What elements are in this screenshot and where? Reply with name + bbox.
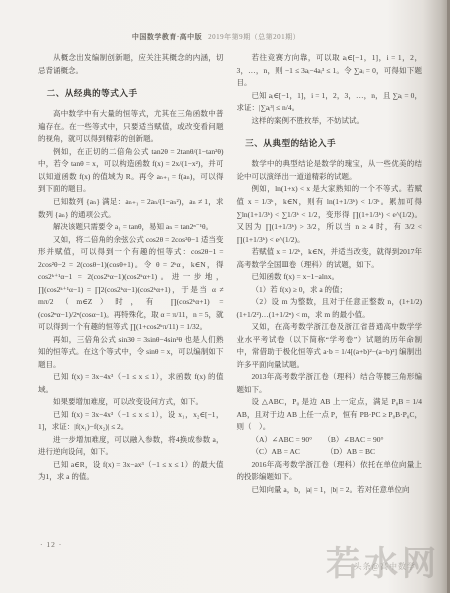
scanned-journal-page: 中国数学教育·高中版2019年第9期（总第201期） 从概念出发编制创新题，应关… <box>0 0 450 593</box>
paragraph: 已知数列 {aₙ} 满足：aₙ₊₁ = 2aₙ/(1−aₙ²)，aₙ ≠ 1，求… <box>38 196 224 221</box>
paragraph: （A）∠ABC = 90° （B）∠BAC = 90° <box>237 434 423 447</box>
page-header: 中国数学教育·高中版2019年第9期（总第201期） <box>0 32 432 42</box>
section-heading: 二、从经典的等式入手 <box>38 86 224 100</box>
paragraph: 例如，ln(1+x) < x 是大家熟知的一个不等式。若赋值 x = 1/3ᵏ，… <box>237 183 423 246</box>
watermark: 若水网 头条@高中数学 <box>262 541 442 587</box>
section-heading: 三、从典型的结论入手 <box>237 136 423 150</box>
paragraph: 这样的案例不胜枚举，不妨试试。 <box>237 115 423 128</box>
journal-title: 中国数学教育·高中版 <box>132 33 202 41</box>
paragraph: （C）AB = AC （D）AB = BC <box>237 446 423 459</box>
paragraph: 又如，将二倍角的余弦公式 cos2θ = 2cos²θ−1 适当变形并赋值，可以… <box>38 234 224 334</box>
paragraph: 已知 a∈R，设 f(x) = 3x−ax³（−1 ≤ x ≤ 1）的最大值为1… <box>38 459 224 484</box>
paragraph: 已知函数 f(x) = x−1−alnx。 <box>237 271 423 284</box>
paragraph: 再如，三倍角公式 sin3θ = 3sinθ−4sin³θ 也是人们熟知的恒等式… <box>38 334 224 372</box>
paragraph: 例如，在正切的二倍角公式 tan2θ = 2tanθ/(1−tan²θ) 中，若… <box>38 146 224 196</box>
page-number: · 12 · <box>40 540 62 549</box>
paragraph: 已知 f(x) = 3x−4x³（−1 ≤ x ≤ 1），设 x₁，x₂∈[−1… <box>38 409 224 434</box>
paragraph: 已知向量 a，b，|a| = 1，|b| = 2。若对任意单位向 <box>237 484 423 497</box>
two-column-article-body: 从概念出发编制创新题，应关注其概念的内涵，切忌背诵概念。二、从经典的等式入手高中… <box>38 52 422 544</box>
paragraph: 若往竞赛方向靠，可以取 aᵢ∈[−1，1]，i = 1，2，3，…，n，则 −1… <box>237 52 423 90</box>
right-column: 若往竞赛方向靠，可以取 aᵢ∈[−1，1]，i = 1，2，3，…，n，则 −1… <box>237 52 423 544</box>
paragraph: 2013年高考数学浙江卷（理科）结合等腰三角形编题如下。 <box>237 371 423 396</box>
paragraph: 数学中的典型结论是数学的瑰宝，从一些优美的结论中可以演绎出一道道精彩的试题。 <box>237 158 423 183</box>
paragraph: 如果要增加难度，可以改变设问方式，如下。 <box>38 396 224 409</box>
paragraph: 从概念出发编制创新题，应关注其概念的内涵，切忌背诵概念。 <box>38 52 224 77</box>
paragraph: 进一步增加难度，可以融入参数，将4换成参数 a，进行逆向设问，如下。 <box>38 434 224 459</box>
watermark-large-text: 若水网 <box>326 541 440 587</box>
paragraph: 已知 f(x) = 3x−4x³（−1 ≤ x ≤ 1），求函数 f(x) 的值… <box>38 371 224 396</box>
paragraph: 设 △ABC，P₀ 是边 AB 上一定点，满足 P₀B = 1/4 AB，且对于… <box>237 396 423 434</box>
paragraph: 解决该题只需要令 a₁ = tanθ，易知 aₙ = tan2ⁿ⁻¹θ。 <box>38 221 224 234</box>
watermark-small-text: 头条@高中数学 <box>354 561 416 572</box>
paragraph: 又如，在高考数学浙江卷及浙江省普通高中数学学业水平考试卷（以下简称“学考卷”）试… <box>237 321 423 371</box>
paragraph: 高中数学中有大量的恒等式，尤其在三角函数中普遍存在。在一些等式中，只要适当赋值，… <box>38 108 224 146</box>
paragraph: （2）设 m 为整数，且对于任意正整数 n，(1+1/2)(1+1/2²)…(1… <box>237 296 423 321</box>
left-column: 从概念出发编制创新题，应关注其概念的内涵，切忌背诵概念。二、从经典的等式入手高中… <box>38 52 224 544</box>
paragraph: （1）若 f(x) ≥ 0，求 a 的值； <box>237 284 423 297</box>
paragraph: 已知 aᵢ∈[−1，1]，i = 1，2，3，…，n，且 ∑aᵢ = 0，求证：… <box>237 90 423 115</box>
paragraph: 2016年高考数学浙江卷（理科）依托在单位向量上的投影编题如下。 <box>237 459 423 484</box>
paragraph: 若赋值 x = 1/2ᵏ，k∈N，并适当改变，就得到2017年高考数学全国Ⅲ卷（… <box>237 246 423 271</box>
issue-info: 2019年第9期（总第201期） <box>208 33 300 41</box>
